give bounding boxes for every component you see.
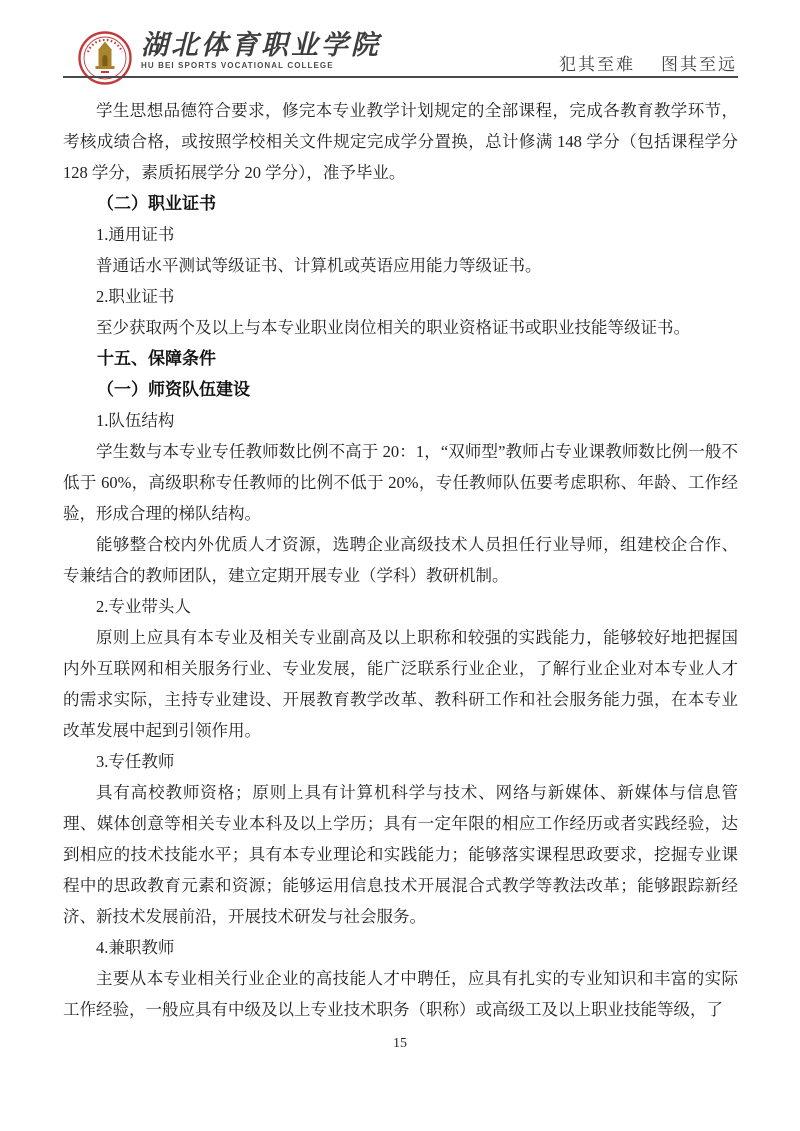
subheading-occupational-certificate: 2.职业证书 xyxy=(63,281,738,312)
document-body: 学生思想品德符合要求，修完本专业教学计划规定的全部课程，完成各教育教学环节，考核… xyxy=(63,95,738,1025)
college-brand: 湖北体育职业学院 HU BEI SPORTS VOCATIONAL COLLEG… xyxy=(141,30,381,70)
heading-vocational-certificates: （二）职业证书 xyxy=(63,188,738,219)
paragraph-general-certificate: 普通话水平测试等级证书、计算机或英语应用能力等级证书。 xyxy=(63,250,738,281)
header-divider xyxy=(63,76,738,78)
paragraph-team-structure-1: 学生数与本专业专任教师数比例不高于 20：1，“双师型”教师占专业课教师数比例一… xyxy=(63,436,738,529)
document-page: 湖北体育职业学院 HU BEI SPORTS VOCATIONAL COLLEG… xyxy=(0,0,800,1131)
subheading-team-structure: 1.队伍结构 xyxy=(63,405,738,436)
college-name-zh: 湖北体育职业学院 xyxy=(141,30,381,60)
paragraph-fulltime-teachers: 具有高校教师资格；原则上具有计算机科学与技术、网络与新媒体、新媒体与信息管理、媒… xyxy=(63,777,738,932)
header-motto: 犯其至难图其至远 xyxy=(559,50,737,75)
subheading-parttime-teachers: 4.兼职教师 xyxy=(63,932,738,963)
paragraph-graduation-credits: 学生思想品德符合要求，修完本专业教学计划规定的全部课程，完成各教育教学环节，考核… xyxy=(63,95,738,188)
college-name-en: HU BEI SPORTS VOCATIONAL COLLEGE xyxy=(141,61,381,70)
heading-faculty-team-building: （一）师资队伍建设 xyxy=(63,374,738,405)
heading-section-15-support-conditions: 十五、保障条件 xyxy=(63,343,738,374)
page-header: 湖北体育职业学院 HU BEI SPORTS VOCATIONAL COLLEG… xyxy=(63,28,737,78)
subheading-fulltime-teachers: 3.专任教师 xyxy=(63,746,738,777)
subheading-program-leader: 2.专业带头人 xyxy=(63,591,738,622)
motto-part2: 图其至远 xyxy=(661,55,737,74)
page-footer: 15 xyxy=(0,1036,800,1052)
paragraph-parttime-teachers: 主要从本专业相关行业企业的高技能人才中聘任，应具有扎实的专业知识和丰富的实际工作… xyxy=(63,963,738,1025)
paragraph-program-leader: 原则上应具有本专业及相关专业副高及以上职称和较强的实践能力，能够较好地把握国内外… xyxy=(63,622,738,746)
paragraph-team-structure-2: 能够整合校内外优质人才资源，选聘企业高级技术人员担任行业导师，组建校企合作、专兼… xyxy=(63,529,738,591)
paragraph-occupational-certificate: 至少获取两个及以上与本专业职业岗位相关的职业资格证书或职业技能等级证书。 xyxy=(63,312,738,343)
page-number: 15 xyxy=(393,1036,407,1051)
subheading-general-certificate: 1.通用证书 xyxy=(63,219,738,250)
motto-part1: 犯其至难 xyxy=(559,55,635,74)
